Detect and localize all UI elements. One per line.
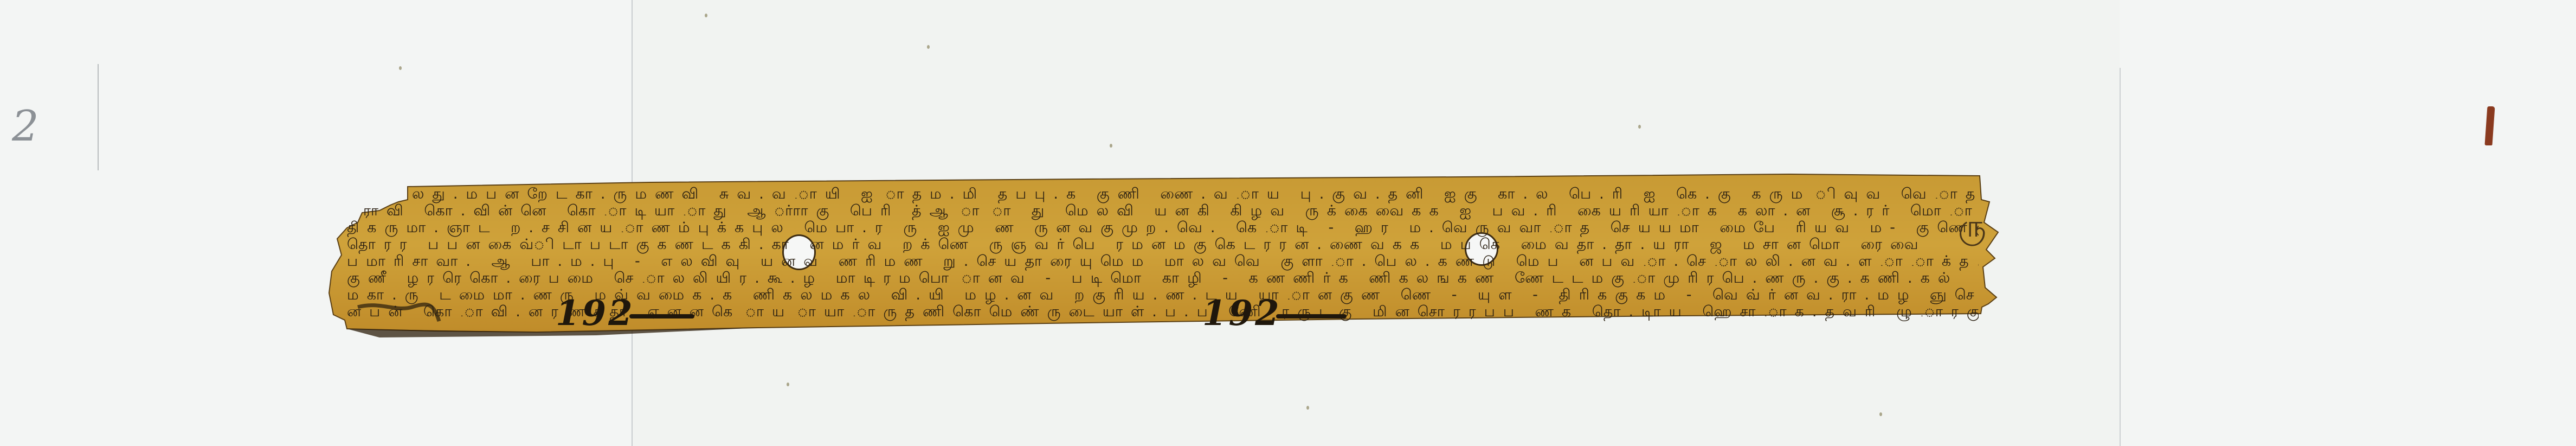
edge-glyph: ரு [1958, 209, 1986, 248]
folio-number-text: 192 [556, 293, 635, 334]
folio-number-text: 192 [1202, 293, 1281, 334]
folio-underline [629, 314, 694, 318]
folio-number-center: 192 [1202, 293, 1347, 334]
folio-underline [1276, 314, 1347, 318]
inscription-line-2: ராவி கொ.வின்னெ கொ.ாடியா.ாது ஆர்ாாகு பெரி… [363, 202, 1979, 220]
inscription-line-4: தொரர பபனகைவ்ிடாபடாகுகணடககி.கா னமர்வ றக்ண… [347, 236, 1979, 253]
manuscript-scan: 2 லது.மபனறேடகா.ருமணவி சுவ.வ.ாயி ஐ ாதம.மி… [0, 0, 2576, 446]
inscription-line-1: லது.மபனறேடகா.ருமணவி சுவ.வ.ாயி ஐ ாதம.மி த… [412, 186, 1979, 203]
folio-number-left: 192 [556, 293, 694, 334]
inscription-line-6: குணீ ழரரெகொ.ரைபமை செ.ாலலியிர.கூ.ழ மாடிரம… [347, 270, 1979, 287]
inscription-line-3: திகருமா.ஞாட ற.சசினய.ாணம்புக்கபுல மெபா.ர … [347, 219, 1979, 237]
inscription-line-5: பமாரிசாவா. ஆ பா.ம.பு - எலவிவு யனவ ணரிமண … [347, 253, 1979, 270]
